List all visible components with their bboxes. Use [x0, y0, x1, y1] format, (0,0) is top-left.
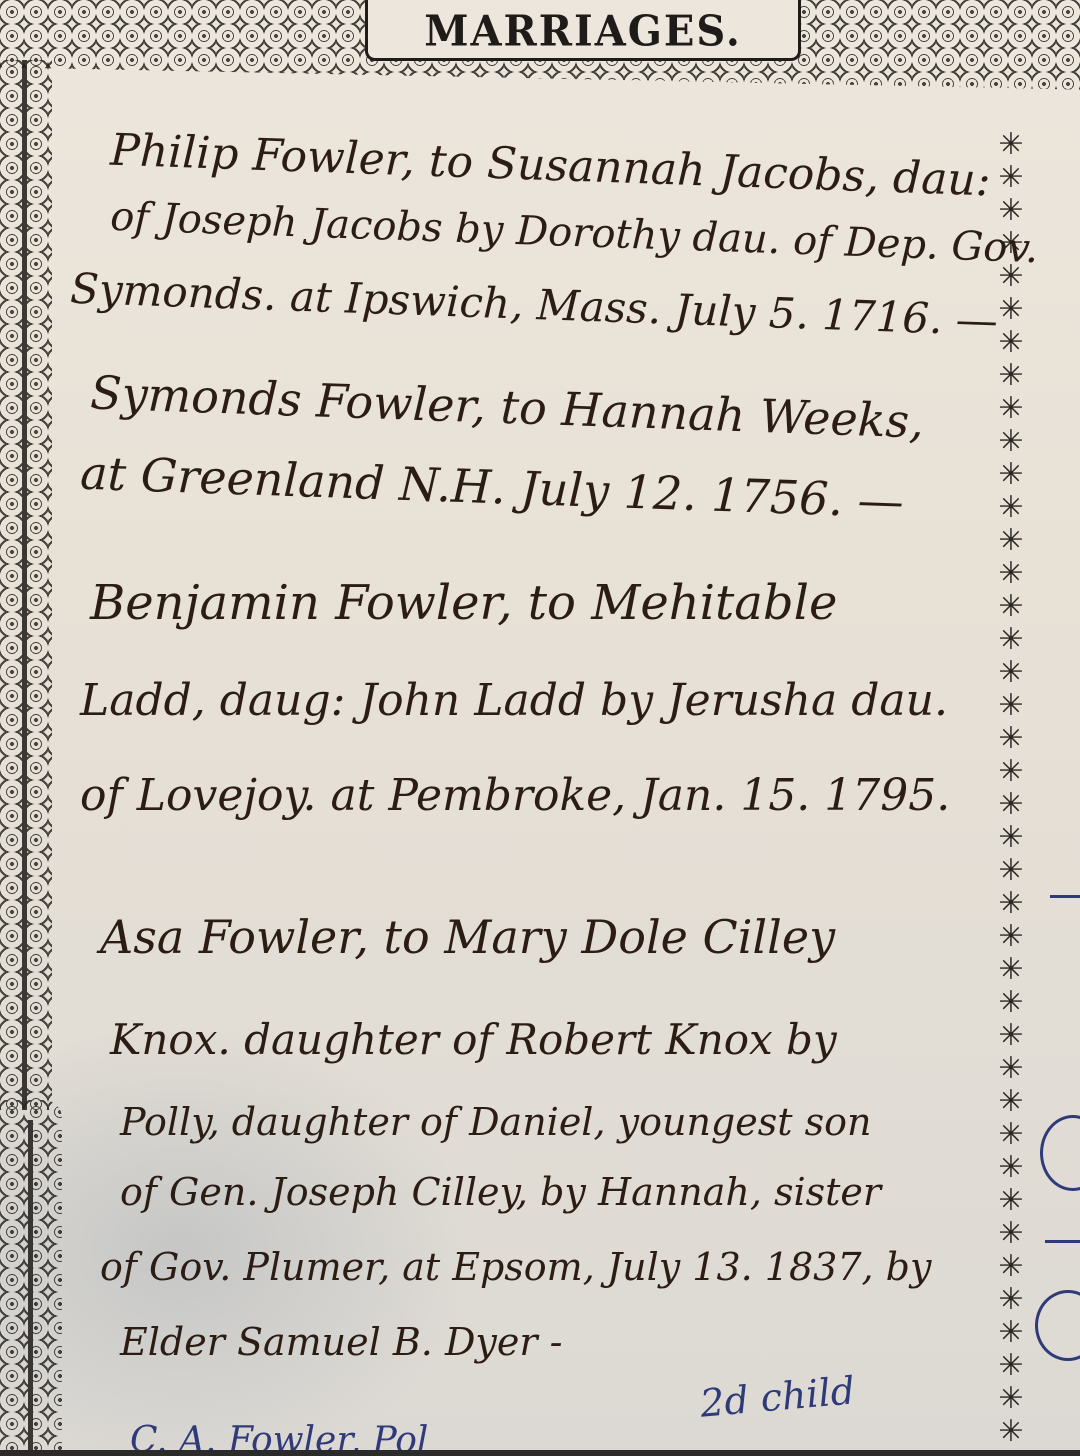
- star-ornament-icon: ✳: [998, 1415, 1023, 1448]
- star-ornament-icon: ✳: [998, 1052, 1023, 1085]
- star-ornament-icon: ✳: [998, 1382, 1023, 1415]
- star-ornament-icon: ✳: [998, 524, 1023, 557]
- blue-circle-mark: [1040, 1115, 1080, 1191]
- star-ornament-icon: ✳: [998, 1283, 1023, 1316]
- star-ornament-icon: ✳: [998, 1184, 1023, 1217]
- entry-1-line-2: of Joseph Jacobs by Dorothy dau. of Dep.…: [109, 194, 1038, 272]
- star-ornament-icon: ✳: [998, 1250, 1023, 1283]
- star-ornament-icon: ✳: [998, 161, 1023, 194]
- star-ornament-icon: ✳: [998, 953, 1023, 986]
- blue-dash-mark: [1050, 895, 1080, 898]
- star-ornament-icon: ✳: [998, 722, 1023, 755]
- star-ornament-icon: ✳: [998, 1085, 1023, 1118]
- entry-4-line-1: Asa Fowler, to Mary Dole Cilley: [100, 910, 835, 964]
- entry-4-line-3: Polly, daughter of Daniel, youngest son: [120, 1100, 871, 1144]
- star-ornament-icon: ✳: [998, 1217, 1023, 1250]
- ornamental-border-left-lower: [0, 1100, 62, 1456]
- star-ornament-icon: ✳: [998, 821, 1023, 854]
- star-ornament-icon: ✳: [998, 920, 1023, 953]
- star-ornament-icon: ✳: [998, 326, 1023, 359]
- entry-2-line-2: at Greenland N.H. July 12. 1756. —: [79, 446, 904, 529]
- star-ornament-icon: ✳: [998, 128, 1023, 161]
- star-ornament-icon: ✳: [998, 1151, 1023, 1184]
- star-ornament-icon: ✳: [998, 1349, 1023, 1382]
- blue-dash-mark: [1045, 1240, 1080, 1243]
- title-panel: MARRIAGES.: [365, 0, 801, 61]
- entry-3-line-2: Ladd, daug: John Ladd by Jerusha dau.: [80, 675, 948, 726]
- star-ornament-icon: ✳: [998, 359, 1023, 392]
- star-ornament-icon: ✳: [998, 755, 1023, 788]
- star-ornament-icon: ✳: [998, 425, 1023, 458]
- document-page: MARRIAGES. ✳✳✳✳✳✳✳✳✳✳✳✳✳✳✳✳✳✳✳✳✳✳✳✳✳✳✳✳✳…: [0, 0, 1080, 1456]
- star-ornament-icon: ✳: [998, 458, 1023, 491]
- entry-1-line-1: Philip Fowler, to Susannah Jacobs, dau:: [109, 125, 991, 207]
- star-ornament-icon: ✳: [998, 557, 1023, 590]
- star-ornament-icon: ✳: [998, 887, 1023, 920]
- star-ornament-icon: ✳: [998, 689, 1023, 722]
- entry-4-line-4: of Gen. Joseph Cilley, by Hannah, sister: [120, 1170, 881, 1214]
- star-ornament-icon: ✳: [998, 1118, 1023, 1151]
- star-border-right: ✳✳✳✳✳✳✳✳✳✳✳✳✳✳✳✳✳✳✳✳✳✳✳✳✳✳✳✳✳✳✳✳✳✳✳✳✳✳✳✳: [994, 128, 1028, 1456]
- star-ornament-icon: ✳: [998, 590, 1023, 623]
- star-ornament-icon: ✳: [998, 656, 1023, 689]
- star-ornament-icon: ✳: [998, 293, 1023, 326]
- ornamental-border-left: [0, 60, 52, 1110]
- entry-4-line-2: Knox. daughter of Robert Knox by: [110, 1015, 837, 1064]
- star-ornament-icon: ✳: [998, 788, 1023, 821]
- entry-3-line-1: Benjamin Fowler, to Mehitable: [90, 575, 837, 631]
- star-ornament-icon: ✳: [998, 623, 1023, 656]
- star-ornament-icon: ✳: [998, 854, 1023, 887]
- star-ornament-icon: ✳: [998, 986, 1023, 1019]
- star-ornament-icon: ✳: [998, 392, 1023, 425]
- page-title: MARRIAGES.: [424, 11, 742, 53]
- blue-circle-mark: [1035, 1290, 1080, 1361]
- star-ornament-icon: ✳: [998, 491, 1023, 524]
- entry-3-line-3: of Lovejoy. at Pembroke, Jan. 15. 1795.: [80, 770, 950, 821]
- star-ornament-icon: ✳: [998, 1316, 1023, 1349]
- entry-4-line-5: of Gov. Plumer, at Epsom, July 13. 1837,…: [100, 1245, 931, 1289]
- entry-2-line-1: Symonds Fowler, to Hannah Weeks,: [89, 365, 924, 448]
- star-ornament-icon: ✳: [998, 194, 1023, 227]
- star-ornament-icon: ✳: [998, 1019, 1023, 1052]
- bottom-edge: [0, 1450, 1080, 1456]
- blue-note-2d-child: 2d child: [698, 1368, 856, 1425]
- entry-4-line-6: Elder Samuel B. Dyer -: [120, 1320, 562, 1364]
- entry-1-line-3: Symonds. at Ipswich, Mass. July 5. 1716.…: [69, 264, 998, 345]
